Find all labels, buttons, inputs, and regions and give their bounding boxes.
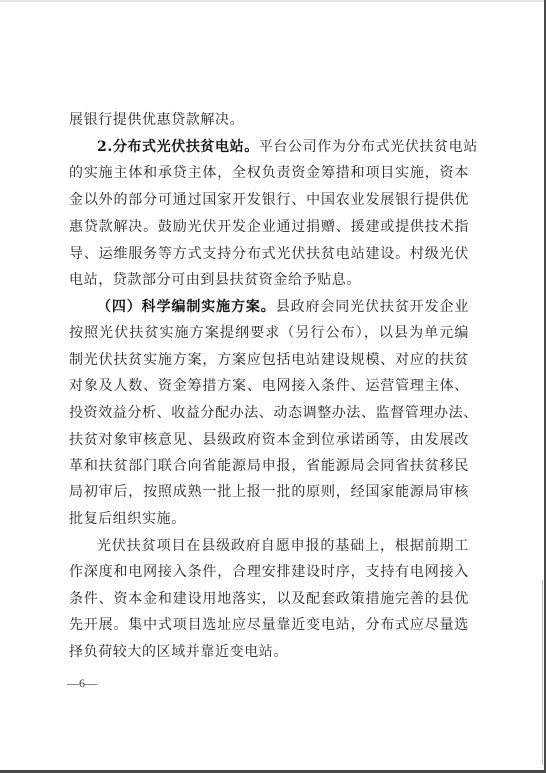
paragraph-line: 作深度和电网接入条件，合理安排建设时序，支持有电网接入 <box>69 561 469 583</box>
page-number: —6— <box>67 674 97 692</box>
paragraph-line: 按照光伏扶贫实施方案提纲要求（另行公布），以县为单元编 <box>69 322 469 344</box>
paragraph-first-line: 2.分布式光伏扶贫电站。平台公司作为分布式光伏扶贫电站 <box>97 136 469 158</box>
paragraph-line: 制光伏扶贫实施方案，方案应包括电站建设规模、对应的扶贫 <box>69 349 469 371</box>
paragraph-line: 扶贫对象审核意见、县级政府资本金到位承诺函等，由发展改 <box>69 429 469 451</box>
paragraph-line: 展银行提供优惠贷款解决。 <box>69 109 244 131</box>
paragraph-line: 金以外的部分可通过国家开发银行、中国农业发展银行提供优 <box>69 189 469 211</box>
paragraph-line: 择负荷较大的区域并靠近变电站。 <box>69 641 288 663</box>
paragraph-first-line: （四）科学编制实施方案。县政府会同光伏扶贫开发企业 <box>97 296 469 318</box>
paragraph-line: 批复后组织实施。 <box>69 508 186 530</box>
scan-shadow-line <box>542 580 543 765</box>
paragraph-line: 先开展。集中式项目选址应尽量靠近变电站，分布式应尽量选 <box>69 614 469 636</box>
paragraph-first-line: 光伏扶贫项目在县级政府自愿申报的基础上，根据前期工 <box>97 535 469 557</box>
paragraph-line: 导、运维服务等方式支持分布式光伏扶贫电站建设。村级光伏 <box>69 243 469 265</box>
paragraph-text: 平台公司作为分布式光伏扶贫电站 <box>259 139 478 155</box>
paragraph-text: 县政府会同光伏扶贫开发企业 <box>276 299 469 315</box>
paragraph-line: 革和扶贫部门联合向省能源局申报，省能源局会同省扶贫移民 <box>69 455 469 477</box>
section-heading-implementation-plan: （四）科学编制实施方案。 <box>97 299 276 315</box>
paragraph-line: 对象及人数、资金筹措方案、电网接入条件、运营管理主体、 <box>69 375 469 397</box>
paragraph-line: 投资效益分析、收益分配办法、动态调整办法、监督管理办法、 <box>69 402 469 424</box>
paragraph-line: 局初审后，按照成熟一批上报一批的原则，经国家能源局审核 <box>69 481 469 503</box>
document-page: 展银行提供优惠贷款解决。 2.分布式光伏扶贫电站。平台公司作为分布式光伏扶贫电站… <box>0 0 546 773</box>
paragraph-line: 的实施主体和承贷主体，全权负责资金筹措和项目实施，资本 <box>69 162 469 184</box>
scan-top-edge <box>0 0 546 2</box>
paragraph-line: 惠贷款解决。鼓励光伏开发企业通过捐赠、援建或提供技术指 <box>69 216 469 238</box>
paragraph-line: 电站，贷款部分可由到县扶贫资金给予贴息。 <box>69 269 361 291</box>
paragraph-line: 条件、资本金和建设用地落实，以及配套政策措施完善的县优 <box>69 588 469 610</box>
section-heading-distributed-pv: 2.分布式光伏扶贫电站。 <box>97 139 259 155</box>
